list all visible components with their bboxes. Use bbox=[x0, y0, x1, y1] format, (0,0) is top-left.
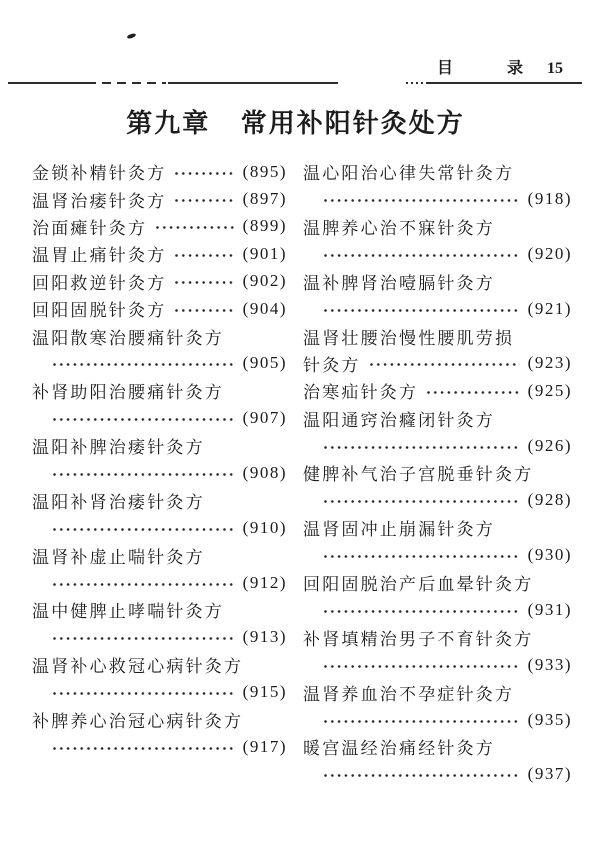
toc-line: 温阳通窍治癃闭针灸方 bbox=[303, 405, 572, 432]
entry-page-number: (902) bbox=[243, 271, 287, 291]
toc-line: 温肾补虚止喘针灸方 bbox=[32, 541, 287, 568]
toc-entry: 治面瘫针灸方(899) bbox=[32, 213, 287, 240]
toc-entry: 温肾补心救冠心病针灸方(915) bbox=[32, 651, 287, 706]
dot-leader bbox=[324, 254, 520, 257]
toc-line: (913) bbox=[32, 624, 287, 651]
toc-line: 金锁补精针灸方(895) bbox=[32, 158, 287, 185]
toc-line: 治寒疝针灸方(925) bbox=[303, 377, 572, 404]
toc-entry: 温肾治痿针灸方(897) bbox=[32, 185, 287, 212]
entry-page-number: (937) bbox=[528, 764, 572, 784]
dot-leader bbox=[53, 528, 235, 531]
toc-line: 温补脾肾治噎膈针灸方 bbox=[303, 268, 572, 295]
entry-title: 金锁补精针灸方 bbox=[32, 159, 166, 184]
chapter-number: 第九章 bbox=[126, 109, 210, 138]
dot-leader bbox=[370, 363, 520, 366]
toc-line: (935) bbox=[303, 706, 572, 733]
entry-title: 补脾养心治冠心病针灸方 bbox=[32, 707, 243, 732]
dot-leader bbox=[324, 555, 520, 558]
entry-title: 温胃止痛针灸方 bbox=[32, 241, 166, 266]
dot-leader bbox=[175, 172, 234, 175]
toc-line: (905) bbox=[32, 350, 287, 377]
dot-leader bbox=[175, 254, 234, 257]
toc-line: 针灸方(923) bbox=[303, 350, 572, 377]
toc-line: 温阳补脾治痿针灸方 bbox=[32, 432, 287, 459]
entry-title: 温肾补虚止喘针灸方 bbox=[32, 543, 205, 568]
toc-line: (910) bbox=[32, 514, 287, 541]
toc-line: (915) bbox=[32, 678, 287, 705]
toc-entry: 温肾壮腰治慢性腰肌劳损针灸方(923) bbox=[303, 322, 572, 377]
toc-entry: 温脾养心治不寐针灸方(920) bbox=[303, 213, 572, 268]
toc-line: 温肾治痿针灸方(897) bbox=[32, 185, 287, 212]
dot-leader bbox=[53, 363, 235, 366]
toc-line: (937) bbox=[303, 761, 572, 788]
toc-entry: 回阳救逆针灸方(902) bbox=[32, 268, 287, 295]
scanned-toc-page: 目 录 15 第九章 常用补阳针灸处方 金锁补精针灸方(895)温肾治痿针灸方(… bbox=[0, 0, 591, 850]
toc-entry: 温补脾肾治噎膈针灸方(921) bbox=[303, 268, 572, 323]
toc-line: (928) bbox=[303, 487, 572, 514]
page-header: 目 录 15 bbox=[437, 55, 563, 78]
entry-title: 回阳固脱治产后血晕针灸方 bbox=[303, 570, 533, 595]
entry-page-number: (897) bbox=[243, 189, 287, 209]
entry-title: 温肾养血治不孕症针灸方 bbox=[303, 680, 514, 705]
toc-line: (920) bbox=[303, 240, 572, 267]
entry-title: 治寒疝针灸方 bbox=[303, 378, 418, 403]
dot-leader bbox=[324, 309, 520, 312]
entry-page-number: (908) bbox=[243, 463, 287, 483]
toc-entry: 温肾补虚止喘针灸方(912) bbox=[32, 541, 287, 596]
toc-line: 温肾壮腰治慢性腰肌劳损 bbox=[303, 322, 572, 349]
entry-page-number: (928) bbox=[528, 490, 572, 510]
entry-title: 温中健脾止哮喘针灸方 bbox=[32, 597, 224, 622]
entry-page-number: (905) bbox=[243, 353, 287, 373]
toc-line: (931) bbox=[303, 596, 572, 623]
toc-line: (930) bbox=[303, 541, 572, 568]
entry-page-number: (912) bbox=[243, 573, 287, 593]
dot-leader bbox=[53, 583, 235, 586]
toc-entry: 温心阳治心律失常针灸方(918) bbox=[303, 158, 572, 213]
dot-leader bbox=[175, 199, 234, 202]
toc-line: 温胃止痛针灸方(901) bbox=[32, 240, 287, 267]
toc-entry: 温中健脾止哮喘针灸方(913) bbox=[32, 596, 287, 651]
dot-leader bbox=[53, 418, 235, 421]
entry-page-number: (923) bbox=[528, 353, 572, 373]
entry-page-number: (901) bbox=[243, 244, 287, 264]
toc-line: (921) bbox=[303, 295, 572, 322]
dot-leader bbox=[324, 610, 520, 613]
toc-line: 回阳固脱治产后血晕针灸方 bbox=[303, 569, 572, 596]
entry-page-number: (895) bbox=[243, 162, 287, 182]
header-rule-segment bbox=[168, 82, 338, 84]
toc-line: 补肾助阳治腰痛针灸方 bbox=[32, 377, 287, 404]
entry-title: 回阳救逆针灸方 bbox=[32, 269, 166, 294]
entry-page-number: (910) bbox=[243, 518, 287, 538]
entry-title: 温脾养心治不寐针灸方 bbox=[303, 214, 495, 239]
entry-title: 健脾补气治子宫脱垂针灸方 bbox=[303, 460, 533, 485]
toc-column-left: 金锁补精针灸方(895)温肾治痿针灸方(897)治面瘫针灸方(899)温胃止痛针… bbox=[32, 158, 287, 761]
toc-line: 补肾填精治男子不育针灸方 bbox=[303, 624, 572, 651]
toc-line: 回阳固脱针灸方(904) bbox=[32, 295, 287, 322]
toc-line: 温肾固冲止崩漏针灸方 bbox=[303, 514, 572, 541]
chapter-title: 第九章 常用补阳针灸处方 bbox=[0, 103, 591, 140]
toc-column-right: 温心阳治心律失常针灸方(918)温脾养心治不寐针灸方(920)温补脾肾治噎膈针灸… bbox=[303, 158, 572, 788]
header-rule-segment bbox=[426, 82, 582, 84]
toc-entry: 回阳固脱治产后血晕针灸方(931) bbox=[303, 569, 572, 624]
toc-line: (912) bbox=[32, 569, 287, 596]
entry-title: 温心阳治心律失常针灸方 bbox=[303, 159, 514, 184]
toc-entry: 温阳通窍治癃闭针灸方(926) bbox=[303, 405, 572, 460]
entry-title: 温阳补肾治痿针灸方 bbox=[32, 488, 205, 513]
entry-title: 温阳散寒治腰痛针灸方 bbox=[32, 324, 224, 349]
toc-entry: 补肾助阳治腰痛针灸方(907) bbox=[32, 377, 287, 432]
toc-entry: 补脾养心治冠心病针灸方(917) bbox=[32, 706, 287, 761]
entry-page-number: (899) bbox=[243, 216, 287, 236]
entry-title: 补肾助阳治腰痛针灸方 bbox=[32, 378, 224, 403]
toc-line: (908) bbox=[32, 459, 287, 486]
toc-entry: 补肾填精治男子不育针灸方(933) bbox=[303, 624, 572, 679]
entry-title: 暖宫温经治痛经针灸方 bbox=[303, 734, 495, 759]
entry-page-number: (935) bbox=[528, 710, 572, 730]
toc-entry: 治寒疝针灸方(925) bbox=[303, 377, 572, 404]
toc-line: 暖宫温经治痛经针灸方 bbox=[303, 733, 572, 760]
toc-line: (907) bbox=[32, 405, 287, 432]
entry-page-number: (930) bbox=[528, 545, 572, 565]
toc-line: 温阳补肾治痿针灸方 bbox=[32, 487, 287, 514]
toc-entry: 金锁补精针灸方(895) bbox=[32, 158, 287, 185]
entry-page-number: (926) bbox=[528, 436, 572, 456]
toc-line: 温阳散寒治腰痛针灸方 bbox=[32, 322, 287, 349]
toc-line: 温脾养心治不寐针灸方 bbox=[303, 213, 572, 240]
dot-leader bbox=[324, 500, 520, 503]
header-rule-segment bbox=[102, 82, 166, 84]
toc-entry: 温阳散寒治腰痛针灸方(905) bbox=[32, 322, 287, 377]
entry-title: 温肾固冲止崩漏针灸方 bbox=[303, 515, 495, 540]
toc-entry: 温阳补脾治痿针灸方(908) bbox=[32, 432, 287, 487]
toc-line: 健脾补气治子宫脱垂针灸方 bbox=[303, 459, 572, 486]
entry-page-number: (917) bbox=[243, 737, 287, 757]
toc-entry: 温肾养血治不孕症针灸方(935) bbox=[303, 678, 572, 733]
dot-leader bbox=[156, 226, 234, 229]
toc-entry: 温肾固冲止崩漏针灸方(930) bbox=[303, 514, 572, 569]
toc-line: 回阳救逆针灸方(902) bbox=[32, 268, 287, 295]
entry-page-number: (920) bbox=[528, 244, 572, 264]
dot-leader bbox=[53, 747, 235, 750]
header-rule-segment bbox=[406, 82, 424, 84]
toc-line: 温肾养血治不孕症针灸方 bbox=[303, 678, 572, 705]
header-title-char-2: 录 bbox=[507, 55, 523, 78]
entry-page-number: (918) bbox=[528, 189, 572, 209]
toc-entry: 温胃止痛针灸方(901) bbox=[32, 240, 287, 267]
toc-line: 温肾补心救冠心病针灸方 bbox=[32, 651, 287, 678]
dot-leader bbox=[324, 720, 520, 723]
entry-title: 回阳固脱针灸方 bbox=[32, 296, 166, 321]
entry-title: 治面瘫针灸方 bbox=[32, 214, 147, 239]
chapter-name: 常用补阳针灸处方 bbox=[241, 109, 465, 138]
entry-page-number: (904) bbox=[243, 299, 287, 319]
dot-leader bbox=[324, 774, 520, 777]
toc-entry: 回阳固脱针灸方(904) bbox=[32, 295, 287, 322]
dot-leader bbox=[175, 309, 234, 312]
dot-leader bbox=[324, 199, 520, 202]
toc-entry: 暖宫温经治痛经针灸方(937) bbox=[303, 733, 572, 788]
toc-line: (917) bbox=[32, 733, 287, 760]
ink-speck bbox=[127, 33, 137, 40]
dot-leader bbox=[53, 692, 235, 695]
toc-line: (918) bbox=[303, 185, 572, 212]
dot-leader bbox=[53, 637, 235, 640]
dot-leader bbox=[324, 665, 520, 668]
toc-entry: 温阳补肾治痿针灸方(910) bbox=[32, 487, 287, 542]
entry-title: 温补脾肾治噎膈针灸方 bbox=[303, 269, 495, 294]
entry-page-number: (913) bbox=[243, 627, 287, 647]
entry-title: 温肾治痿针灸方 bbox=[32, 187, 166, 212]
dot-leader bbox=[427, 391, 519, 394]
entry-title: 温肾壮腰治慢性腰肌劳损 bbox=[303, 324, 514, 349]
entry-title: 针灸方 bbox=[303, 351, 361, 376]
toc-line: 温心阳治心律失常针灸方 bbox=[303, 158, 572, 185]
toc-line: 补脾养心治冠心病针灸方 bbox=[32, 706, 287, 733]
entry-page-number: (933) bbox=[528, 655, 572, 675]
entry-page-number: (931) bbox=[528, 600, 572, 620]
entry-page-number: (907) bbox=[243, 408, 287, 428]
header-page-number: 15 bbox=[547, 60, 563, 78]
entry-page-number: (921) bbox=[528, 299, 572, 319]
dot-leader bbox=[53, 473, 235, 476]
toc-entry: 健脾补气治子宫脱垂针灸方(928) bbox=[303, 459, 572, 514]
entry-title: 温阳补脾治痿针灸方 bbox=[32, 433, 205, 458]
entry-title: 温肾补心救冠心病针灸方 bbox=[32, 652, 243, 677]
toc-line: 温中健脾止哮喘针灸方 bbox=[32, 596, 287, 623]
entry-page-number: (915) bbox=[243, 682, 287, 702]
header-title-char-1: 目 bbox=[437, 55, 453, 78]
toc-line: (933) bbox=[303, 651, 572, 678]
toc-line: 治面瘫针灸方(899) bbox=[32, 213, 287, 240]
entry-title: 温阳通窍治癃闭针灸方 bbox=[303, 406, 495, 431]
header-rule-segment bbox=[8, 82, 96, 84]
entry-page-number: (925) bbox=[528, 381, 572, 401]
dot-leader bbox=[324, 446, 520, 449]
dot-leader bbox=[175, 281, 234, 284]
entry-title: 补肾填精治男子不育针灸方 bbox=[303, 625, 533, 650]
toc-line: (926) bbox=[303, 432, 572, 459]
